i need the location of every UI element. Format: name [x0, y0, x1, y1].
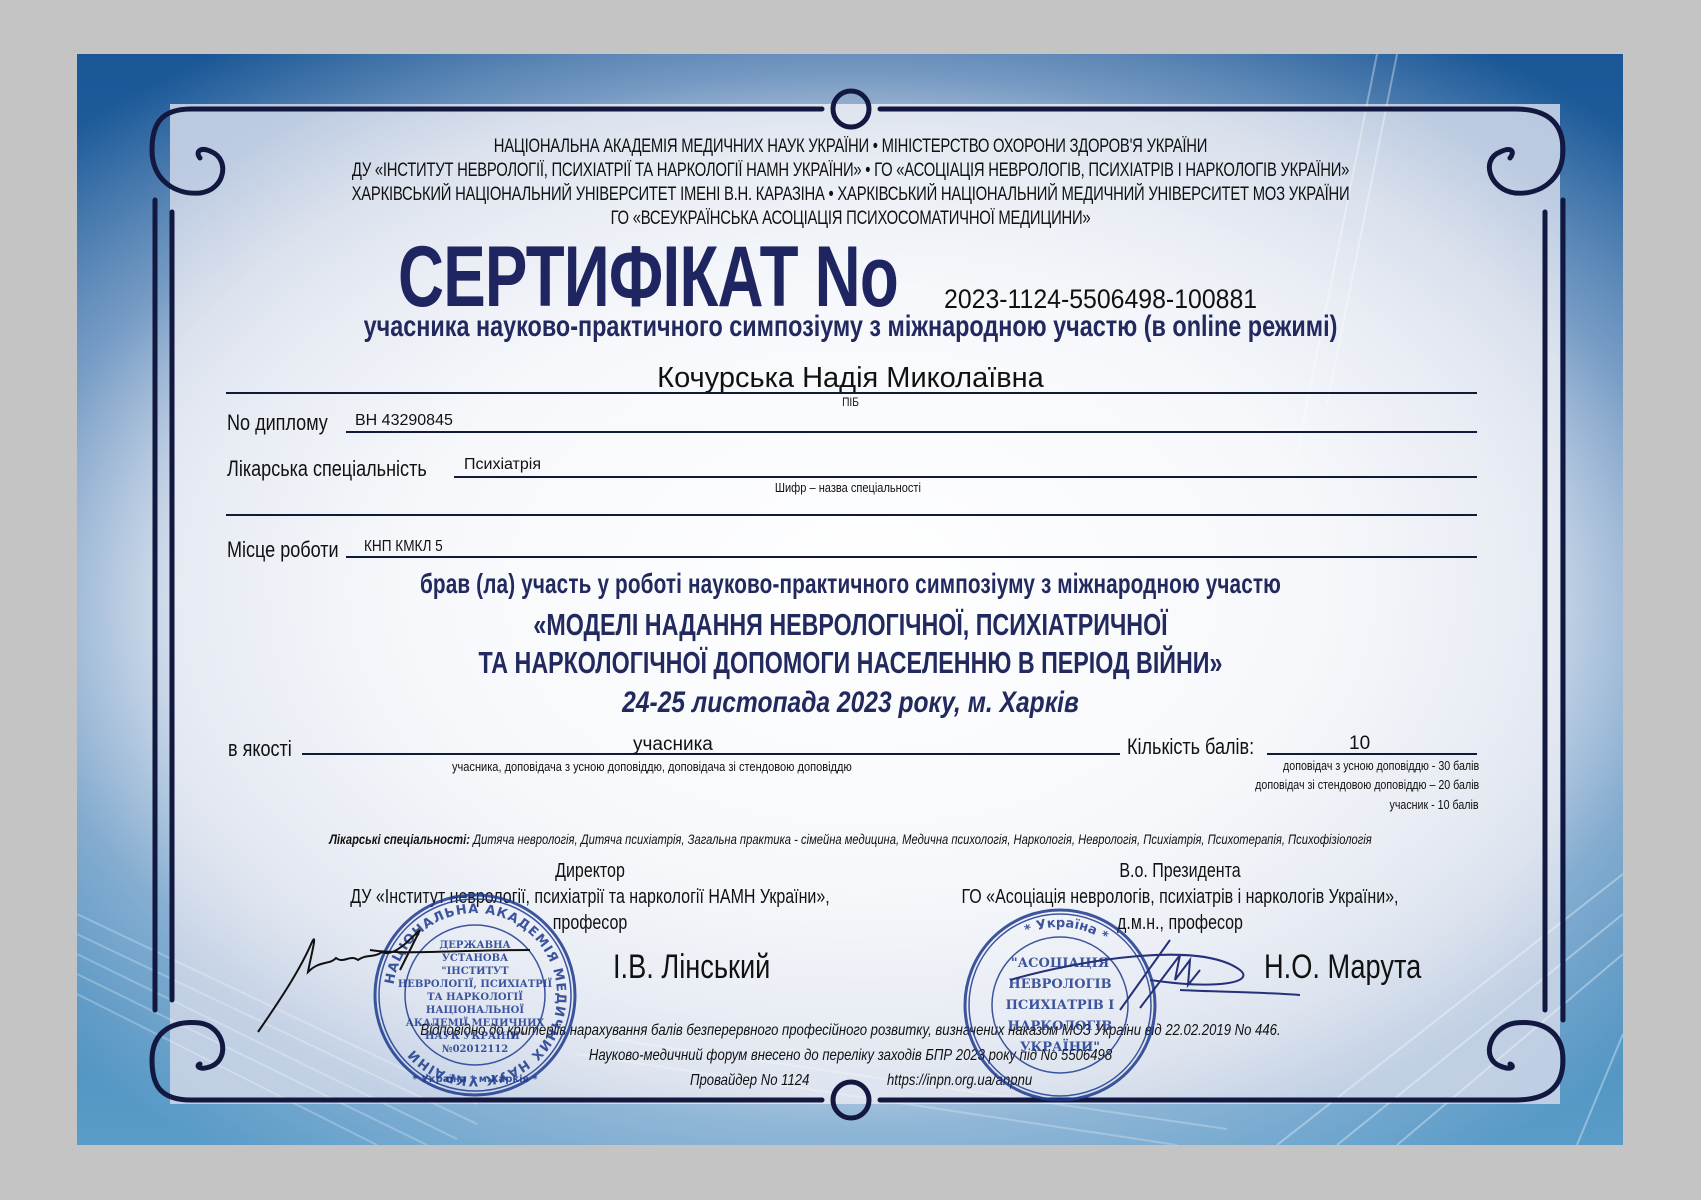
participation-statement: брав (ла) участь у роботі науково-практи… [221, 568, 1480, 600]
left-stamp-bottom-text: * Україна * м.Харків * [412, 1073, 538, 1085]
left-handwritten-signature-icon [240, 920, 540, 1040]
name-underline [226, 392, 1477, 394]
specialty-label: Лікарська спеціальність [227, 456, 427, 482]
name-caption: ПІБ [128, 395, 1574, 409]
role-label: в якості [228, 736, 292, 762]
event-name-line-1: «МОДЕЛІ НАДАННЯ НЕВРОЛОГІЧНОЇ, ПСИХІАТРИ… [213, 607, 1489, 643]
footer-registry-line: Науково-медичний форум внесено до перелі… [153, 1047, 1548, 1065]
left-signer-name: І.В. Лінський [613, 948, 770, 987]
left-signer-position: Директор [366, 860, 814, 883]
points-underline [1267, 753, 1477, 755]
header-org-line-3: ХАРКІВСЬКИЙ НАЦІОНАЛЬНИЙ УНІВЕРСИТЕТ ІМЕ… [187, 184, 1514, 208]
diploma-value: ВН 43290845 [355, 412, 453, 430]
footer-provider: Провайдер No 1124 [690, 1072, 809, 1090]
workplace-value: КНП КМКЛ 5 [364, 538, 443, 556]
header-orgs: НАЦІОНАЛЬНА АКАДЕМІЯ МЕДИЧНИХ НАУК УКРАЇ… [0, 136, 1701, 232]
diploma-label: No диплому [227, 410, 328, 436]
right-handwritten-signature-icon [1000, 920, 1300, 1020]
workplace-label: Місце роботи [227, 537, 339, 563]
points-value: 10 [1349, 733, 1370, 755]
event-date-place: 24-25 листопада 2023 року, м. Харків [153, 686, 1548, 720]
specialty-second-underline [226, 514, 1477, 516]
specialties-values: Дитяча неврологія, Дитяча психіатрія, За… [473, 831, 1372, 847]
specialty-underline [454, 476, 1477, 478]
header-org-line-2: ДУ «ІНСТИТУТ НЕВРОЛОГІЇ, ПСИХІАТРІЇ ТА Н… [187, 160, 1514, 184]
points-label: Кількість балів: [1127, 734, 1254, 760]
specialty-caption: Шифр – назва спеціальності [775, 480, 921, 495]
points-note-participant: учасник - 10 балів [1390, 797, 1479, 812]
role-caption: учасника, доповідача з усною доповіддю, … [452, 759, 852, 774]
role-underline [302, 753, 1120, 755]
specialties-label: Лікарські спеціальності: [329, 831, 470, 847]
points-note-oral: доповідач з усною доповіддю - 30 балів [1283, 758, 1479, 773]
certificate-subtitle: учасника науково-практичного симпозіуму … [187, 310, 1514, 344]
diploma-underline [346, 431, 1477, 433]
stamp-inner-text-line: НАРКОЛОГІВ [1008, 1019, 1113, 1034]
stamp-inner-text-line: №02012112 [442, 1044, 509, 1055]
header-org-line-1: НАЦІОНАЛЬНА АКАДЕМІЯ МЕДИЧНИХ НАУК УКРАЇ… [187, 136, 1514, 160]
specialties-list: Лікарські спеціальності: Дитяча невролог… [170, 831, 1531, 847]
points-note-poster: доповідач зі стендовою доповіддю – 20 ба… [1255, 777, 1479, 792]
stamp-inner-text-line: УКРАЇНИ" [1020, 1039, 1100, 1055]
specialty-value: Психіатрія [464, 456, 541, 474]
workplace-underline [346, 556, 1477, 558]
right-signer-position: В.о. Президента [940, 860, 1420, 883]
event-name-line-2: ТА НАРКОЛОГІЧНОЇ ДОПОМОГИ НАСЕЛЕННЮ В ПЕ… [213, 645, 1489, 681]
participant-name: Кочурська Надія Миколаївна [0, 362, 1701, 395]
